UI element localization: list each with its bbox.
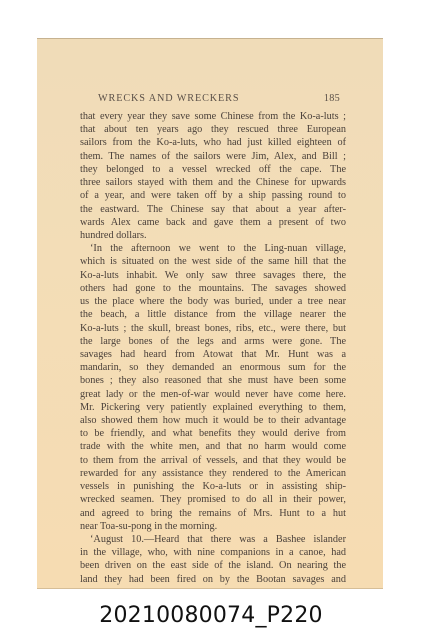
text-line: they belonged to a vessel wrecked off th… xyxy=(80,163,346,176)
text-line: bones ; they also reasoned that she must… xyxy=(80,374,346,387)
text-line: wrecked seamen. They promised to do all … xyxy=(80,493,346,506)
text-line: the large bones of the legs and arms wer… xyxy=(80,335,346,348)
text-line: them. The names of the sailors were Jim,… xyxy=(80,150,346,163)
image-caption: 20210080074_P220 xyxy=(0,603,422,628)
text-line: near Toa-su-pong in the morning. xyxy=(80,520,346,533)
text-line: of a year, and were taken off by a ship … xyxy=(80,189,346,202)
text-line: land they had been fired on by the Boota… xyxy=(80,573,346,586)
text-line: trade with the white men, and that no ha… xyxy=(80,440,346,453)
text-line: which is situated on the west side of th… xyxy=(80,255,346,268)
body-text: that every year they save some Chinese f… xyxy=(80,110,346,586)
text-line: to be friendly, and what benefits they w… xyxy=(80,427,346,440)
text-line: sailors from the Ko-a-luts, who had just… xyxy=(80,136,346,149)
text-line: wards Alex came back and gave them a pre… xyxy=(80,216,346,229)
text-line: rewarded for any assistance they rendere… xyxy=(80,467,346,480)
text-line: the beach, a little distance from the vi… xyxy=(80,308,346,321)
text-line: also showed them how much it would be to… xyxy=(80,414,346,427)
text-line: Mr. Pickering very patiently explained e… xyxy=(80,401,346,414)
text-line: savages had heard from Atowat that Mr. H… xyxy=(80,348,346,361)
text-line: ‘August 10.—Heard that there was a Bashe… xyxy=(80,533,346,546)
page-number: 185 xyxy=(324,93,340,104)
running-head-title: WRECKS AND WRECKERS xyxy=(98,93,239,104)
text-line: us the place where the body was buried, … xyxy=(80,295,346,308)
text-line: and agreed to bring the remains of Mrs. … xyxy=(80,507,346,520)
text-line: Ko-a-luts ; the skull, breast bones, rib… xyxy=(80,322,346,335)
text-line: three sailors stayed with them and the C… xyxy=(80,176,346,189)
text-line: mandarin, so they demanded an enormous s… xyxy=(80,361,346,374)
text-line: that every year they save some Chinese f… xyxy=(80,110,346,123)
text-line: the eastward. The Chinese say that about… xyxy=(80,203,346,216)
text-line: to them from the arrival of vessels, and… xyxy=(80,454,346,467)
text-line: others had gone to the mountains. The sa… xyxy=(80,282,346,295)
text-line: great lady or the men-of-war would never… xyxy=(80,388,346,401)
text-line: hundred dollars. xyxy=(80,229,346,242)
text-line: in the village, who, with nine companion… xyxy=(80,546,346,559)
text-line: been driven on the east side of the isla… xyxy=(80,559,346,572)
text-line: that about ten years ago they rescued th… xyxy=(80,123,346,136)
text-line: ‘In the afternoon we went to the Ling-nu… xyxy=(80,242,346,255)
text-line: vessels in punishing the Ko-a-luts or in… xyxy=(80,480,346,493)
running-head: WRECKS AND WRECKERS 185 xyxy=(80,93,344,107)
text-line: Ko-a-luts inhabit. We only saw three sav… xyxy=(80,269,346,282)
